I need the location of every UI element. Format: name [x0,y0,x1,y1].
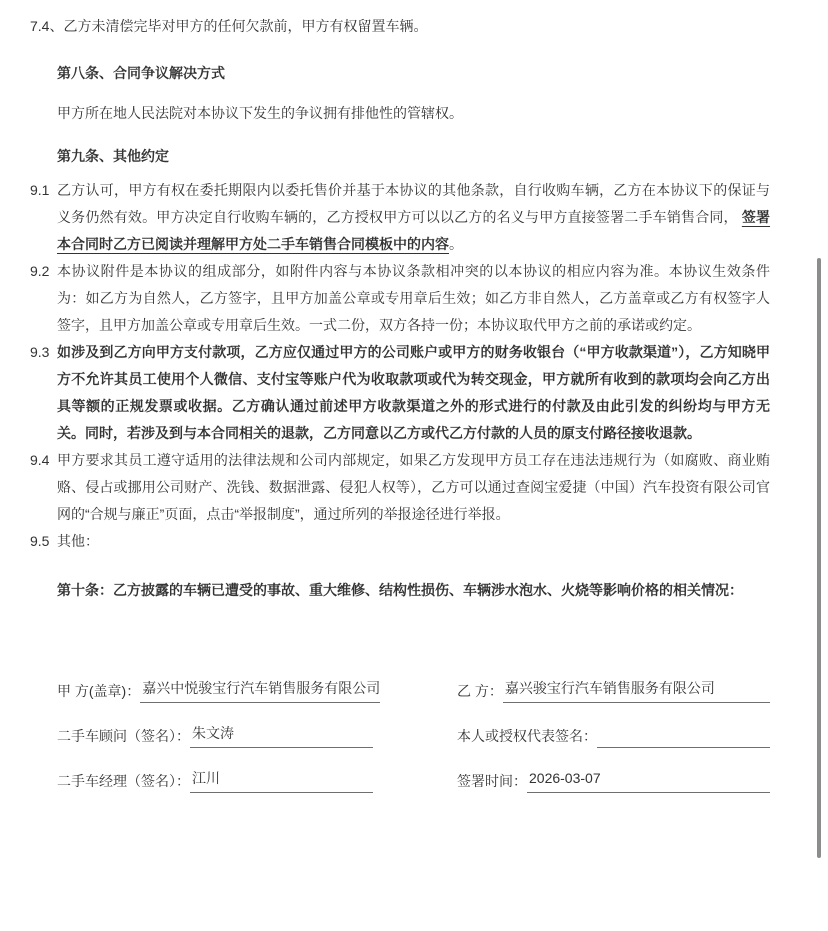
clause-9-2: 9.2 本协议附件是本协议的组成部分，如附件内容与本协议条款相冲突的以本协议的相… [30,258,770,339]
clause-number: 9.4 [30,447,57,528]
clause-9-3: 9.3 如涉及到乙方向甲方支付款项，乙方应仅通过甲方的公司账户或甲方的财务收银台… [30,339,770,447]
signature-row-1: 甲 方(盖章)： 嘉兴中悦骏宝行汽车销售服务有限公司 乙 方： 嘉兴骏宝行汽车销… [57,678,828,703]
signature-row-2: 二手车顾问（签名）： 朱文涛 本人或授权代表签名： [57,723,828,748]
signature-section: 甲 方(盖章)： 嘉兴中悦骏宝行汽车销售服务有限公司 乙 方： 嘉兴骏宝行汽车销… [0,678,828,793]
rep-signature-line [597,728,770,748]
consultant-label: 二手车顾问（签名）： [57,726,190,748]
clause-9-1: 9.1 乙方认可，甲方有权在委托期限内以委托售价并基于本协议的其他条款，自行收购… [30,177,770,258]
sign-date-label: 签署时间： [457,771,527,793]
contract-page: 7.4、乙方未清偿完毕对甲方的任何欠款前，甲方有权留置车辆。 第八条、合同争议解… [0,0,828,931]
clause-7-4: 7.4、乙方未清偿完毕对甲方的任何欠款前，甲方有权留置车辆。 [30,13,770,40]
consultant-field: 二手车顾问（签名）： 朱文涛 [57,723,373,748]
section10-heading: 第十条：乙方披露的车辆已遭受的事故、重大维修、结构性损伤、车辆涉水泡水、火烧等影… [57,577,770,604]
manager-signature-line: 江川 [190,768,373,793]
party-b-field: 乙 方： 嘉兴骏宝行汽车销售服务有限公司 [457,678,770,703]
section8-body: 甲方所在地人民法院对本协议下发生的争议拥有排他性的管辖权。 [57,100,770,127]
signature-row-3: 二手车经理（签名）： 江川 签署时间： 2026-03-07 [57,768,828,793]
clause-9-1-text: 乙方认可，甲方有权在委托期限内以委托售价并基于本协议的其他条款，自行收购车辆，乙… [57,182,770,225]
consultant-signature-line: 朱文涛 [190,723,373,748]
sign-date-field: 签署时间： 2026-03-07 [457,768,770,793]
clause-number: 9.3 [30,339,57,447]
clause-text: 本协议附件是本协议的组成部分，如附件内容与本协议条款相冲突的以本协议的相应内容为… [57,258,770,339]
section9-heading: 第九条、其他约定 [57,143,770,170]
clause-9-5: 9.5 其他： [30,528,770,555]
sign-date-line: 2026-03-07 [527,768,770,793]
manager-field: 二手车经理（签名）： 江川 [57,768,373,793]
party-b-label: 乙 方： [457,681,503,703]
party-a-label: 甲 方(盖章)： [57,681,140,703]
section8-heading: 第八条、合同争议解决方式 [57,60,770,87]
vertical-scrollbar-thumb[interactable] [817,258,821,858]
clause-number: 9.1 [30,177,57,258]
clause-text: 乙方认可，甲方有权在委托期限内以委托售价并基于本协议的其他条款，自行收购车辆，乙… [57,177,770,258]
clause-9-4: 9.4 甲方要求其员工遵守适用的法律法规和公司内部规定，如果乙方发现甲方员工存在… [30,447,770,528]
party-a-field: 甲 方(盖章)： 嘉兴中悦骏宝行汽车销售服务有限公司 [57,678,373,703]
clause-text: 如涉及到乙方向甲方支付款项，乙方应仅通过甲方的公司账户或甲方的财务收银台（“甲方… [57,339,770,447]
clause-text: 其他： [57,528,770,555]
rep-sign-label: 本人或授权代表签名： [457,726,597,748]
section9-items: 9.1 乙方认可，甲方有权在委托期限内以委托售价并基于本协议的其他条款，自行收购… [0,177,828,555]
clause-text: 甲方要求其员工遵守适用的法律法规和公司内部规定，如果乙方发现甲方员工存在违法违规… [57,447,770,528]
clause-number: 9.2 [30,258,57,339]
clause-9-1-tail: 。 [449,236,463,252]
party-a-signature-line: 嘉兴中悦骏宝行汽车销售服务有限公司 [140,678,380,703]
clause-number: 9.5 [30,528,57,555]
party-b-signature-line: 嘉兴骏宝行汽车销售服务有限公司 [503,678,770,703]
manager-label: 二手车经理（签名）： [57,771,190,793]
rep-sign-field: 本人或授权代表签名： [457,723,770,748]
